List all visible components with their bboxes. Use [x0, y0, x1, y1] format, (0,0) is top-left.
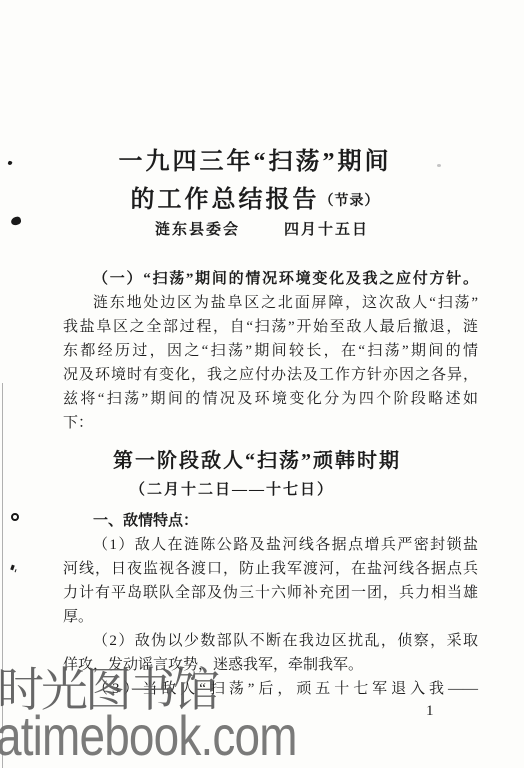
body-text-line: 我盐阜区之全部过程，自“扫荡”开始至敌人最后撤退，涟 [63, 315, 478, 339]
watermark-site-text: atimebook.com [0, 707, 297, 765]
byline-date: 四月十五日 [284, 222, 369, 238]
section-date-range: （二月十二日——十七日） [0, 478, 464, 499]
document-title-line2: 的工作总结报告（节录） [0, 179, 510, 214]
title-note: （节录） [320, 194, 380, 209]
ink-speck [11, 513, 19, 521]
body-text-line: 厚。 [63, 605, 478, 629]
page-number: 1 [426, 703, 434, 720]
body-text-line: 河线，日夜监视各渡口，防止我军渡河，在盐河线各据点兵 [63, 557, 478, 581]
scanned-page: 一九四三年“扫荡”期间 的工作总结报告（节录） 涟东县委会四月十五日 （一）“扫… [0, 0, 524, 768]
byline: 涟东县委会四月十五日 [0, 218, 524, 239]
ink-speck [10, 565, 15, 571]
body-text-line: 下： [63, 411, 478, 435]
byline-org: 涟东县委会 [155, 222, 240, 238]
body-block-1: （一）“扫荡”期间的情况环境变化及我之应付方针。涟东地处边区为盐阜区之北面屏障，… [63, 267, 478, 435]
section-heading: 第一阶段敌人“扫荡”顽韩时期 [0, 444, 514, 473]
body-text-line: 力计有平岛联队全部及伪三十六师补充团一团，兵力相当雄 [63, 581, 478, 605]
body-text-line: 涟东地处边区为盐阜区之北面屏障，这次敌人“扫荡” [63, 291, 478, 315]
document-title-line1: 一九四三年“扫荡”期间 [0, 141, 510, 176]
body-text-line: （1）敌人在涟陈公路及盐河线各据点增兵严密封锁盐 [63, 533, 478, 557]
body-text-line: 东都经历过，因之“扫荡”期间较长，在“扫荡”期间的情 [63, 339, 478, 363]
document-title-line2-main: 的工作总结报告 [131, 187, 320, 213]
body-text-line: 兹将“扫荡”期间的情况及环境变化分为四个阶段略述如 [63, 387, 478, 411]
body-text-line: 一、敌情特点： [63, 509, 478, 533]
body-text-line: 况及环境时有变化，我之应付办法及工作方针亦因之各异， [63, 363, 478, 387]
body-text-line: （2）敌伪以少数部队不断在我边区扰乱，侦察，采取 [63, 629, 478, 653]
body-text-line: （一）“扫荡”期间的情况环境变化及我之应付方针。 [63, 267, 478, 291]
